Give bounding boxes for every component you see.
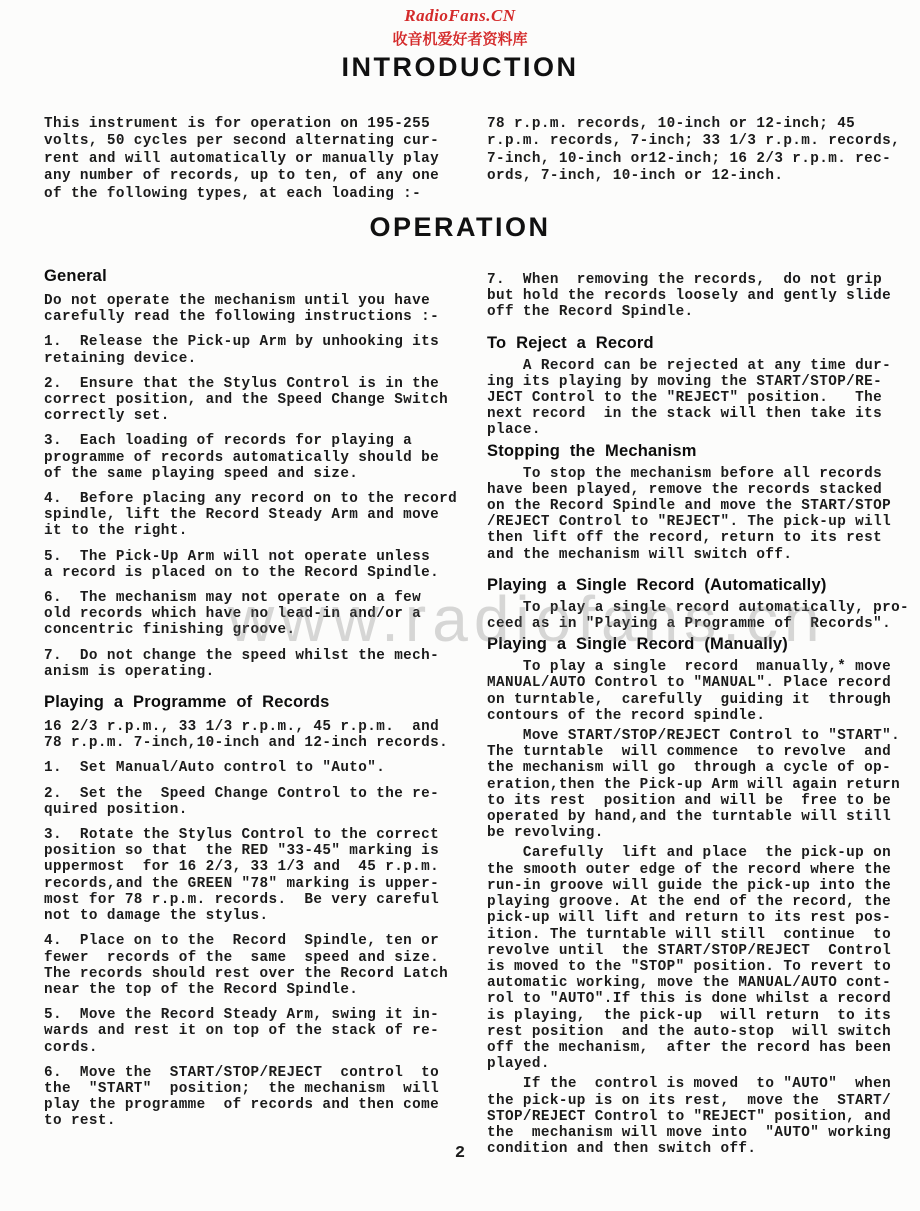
body-paragraph: 4. Before placing any record on to the r… xyxy=(44,491,478,540)
section-heading: Playing a Programme of Records xyxy=(44,694,478,711)
body-paragraph: 4. Place on to the Record Spindle, ten o… xyxy=(44,933,478,998)
section-heading: To Reject a Record xyxy=(487,335,920,352)
body-paragraph: 3. Rotate the Stylus Control to the corr… xyxy=(44,827,478,924)
body-paragraph: 5. The Pick-Up Arm will not operate unle… xyxy=(44,549,478,581)
body-paragraph: To play a single record manually,* move … xyxy=(487,659,920,724)
body-paragraph: 5. Move the Record Steady Arm, swing it … xyxy=(44,1007,478,1056)
body-paragraph: 2. Ensure that the Stylus Control is in … xyxy=(44,376,478,425)
section-heading: Stopping the Mechanism xyxy=(487,443,920,460)
watermark-radiofans-header: RadioFans.CN 收音机爱好者资料库 xyxy=(0,6,920,49)
watermark-site-name: RadioFans.CN xyxy=(0,6,920,26)
body-paragraph: 1. Set Manual/Auto control to "Auto". xyxy=(44,760,478,776)
introduction-paragraph-right: 78 r.p.m. records, 10-inch or 12-inch; 4… xyxy=(487,116,920,186)
body-paragraph: Do not operate the mechanism until you h… xyxy=(44,293,478,325)
body-paragraph: To stop the mechanism before all records… xyxy=(487,466,920,563)
section-heading: General xyxy=(44,268,478,285)
body-paragraph: A Record can be rejected at any time dur… xyxy=(487,358,920,439)
body-paragraph: 7. Do not change the speed whilst the me… xyxy=(44,648,478,680)
page-number: 2 xyxy=(0,1144,920,1163)
body-paragraph: 3. Each loading of records for playing a… xyxy=(44,433,478,482)
operation-right-column: 7. When removing the records, do not gri… xyxy=(487,272,920,1161)
body-paragraph: Move START/STOP/REJECT Control to "START… xyxy=(487,728,920,841)
operation-left-column: GeneralDo not operate the mechanism unti… xyxy=(44,266,478,1139)
body-paragraph: 1. Release the Pick-up Arm by unhooking … xyxy=(44,334,478,366)
body-paragraph: 6. The mechanism may not operate on a fe… xyxy=(44,590,478,639)
introduction-paragraph-left: This instrument is for operation on 195-… xyxy=(44,116,478,203)
manual-page: RadioFans.CN 收音机爱好者资料库 INTRODUCTION This… xyxy=(0,0,920,1211)
introduction-title: INTRODUCTION xyxy=(0,52,920,83)
body-paragraph: Carefully lift and place the pick-up on … xyxy=(487,845,920,1072)
body-paragraph: 7. When removing the records, do not gri… xyxy=(487,272,920,321)
operation-title: OPERATION xyxy=(0,212,920,243)
body-paragraph: 2. Set the Speed Change Control to the r… xyxy=(44,786,478,818)
body-paragraph: 16 2/3 r.p.m., 33 1/3 r.p.m., 45 r.p.m. … xyxy=(44,719,478,751)
body-paragraph: To play a single record automatically, p… xyxy=(487,600,920,632)
section-heading: Playing a Single Record (Manually) xyxy=(487,636,920,653)
section-heading: Playing a Single Record (Automatically) xyxy=(487,577,920,594)
watermark-chinese-caption: 收音机爱好者资料库 xyxy=(0,28,920,49)
body-paragraph: 6. Move the START/STOP/REJECT control to… xyxy=(44,1065,478,1130)
